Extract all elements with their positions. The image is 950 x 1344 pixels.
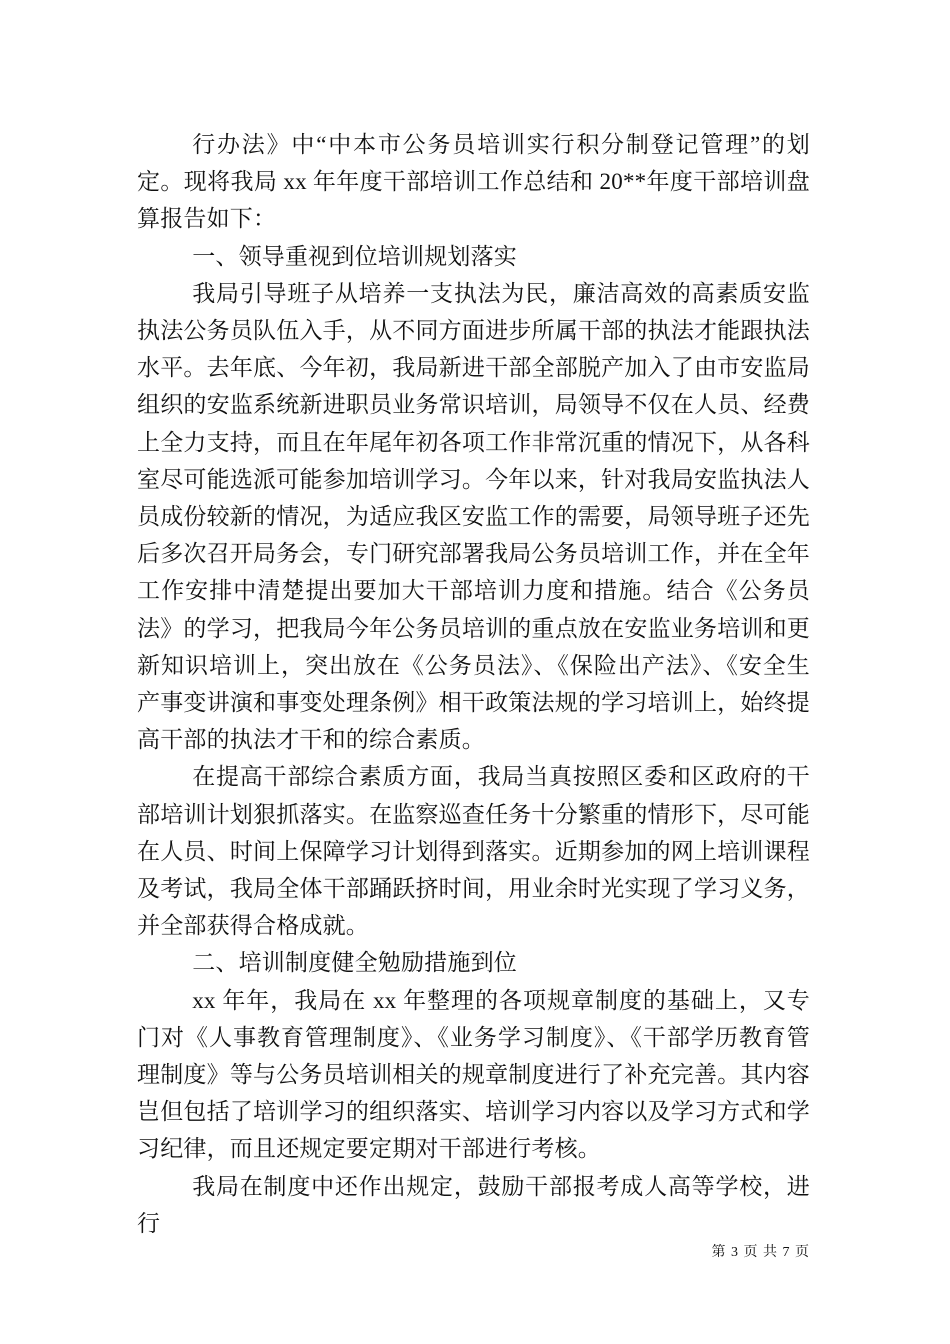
paragraph-5: 二、培训制度健全勉励措施到位 bbox=[137, 944, 810, 981]
page-footer: 第 3 页 共 7 页 bbox=[712, 1244, 811, 1262]
paragraph-2: 一、领导重视到位培训规划落实 bbox=[137, 238, 810, 275]
paragraph-1: 行办法》中“中本市公务员培训实行积分制登记管理”的划定。现将我局 xx 年年度干… bbox=[137, 126, 810, 238]
document-body: 行办法》中“中本市公务员培训实行积分制登记管理”的划定。现将我局 xx 年年度干… bbox=[137, 126, 810, 1242]
paragraph-7: 我局在制度中还作出规定，鼓励干部报考成人高等学校，进行 bbox=[137, 1168, 810, 1242]
page-number-label: 第 3 页 共 7 页 bbox=[712, 1245, 811, 1260]
paragraph-3: 我局引导班子从培养一支执法为民，廉洁高效的高素质安监执法公务员队伍入手，从不同方… bbox=[137, 275, 810, 759]
paragraph-4: 在提高干部综合素质方面，我局当真按照区委和区政府的干部培训计划狠抓落实。在监察巡… bbox=[137, 758, 810, 944]
paragraph-6: xx 年年，我局在 xx 年整理的各项规章制度的基础上，又专门对《人事教育管理制… bbox=[137, 982, 810, 1168]
document-page: 行办法》中“中本市公务员培训实行积分制登记管理”的划定。现将我局 xx 年年度干… bbox=[0, 0, 950, 1344]
